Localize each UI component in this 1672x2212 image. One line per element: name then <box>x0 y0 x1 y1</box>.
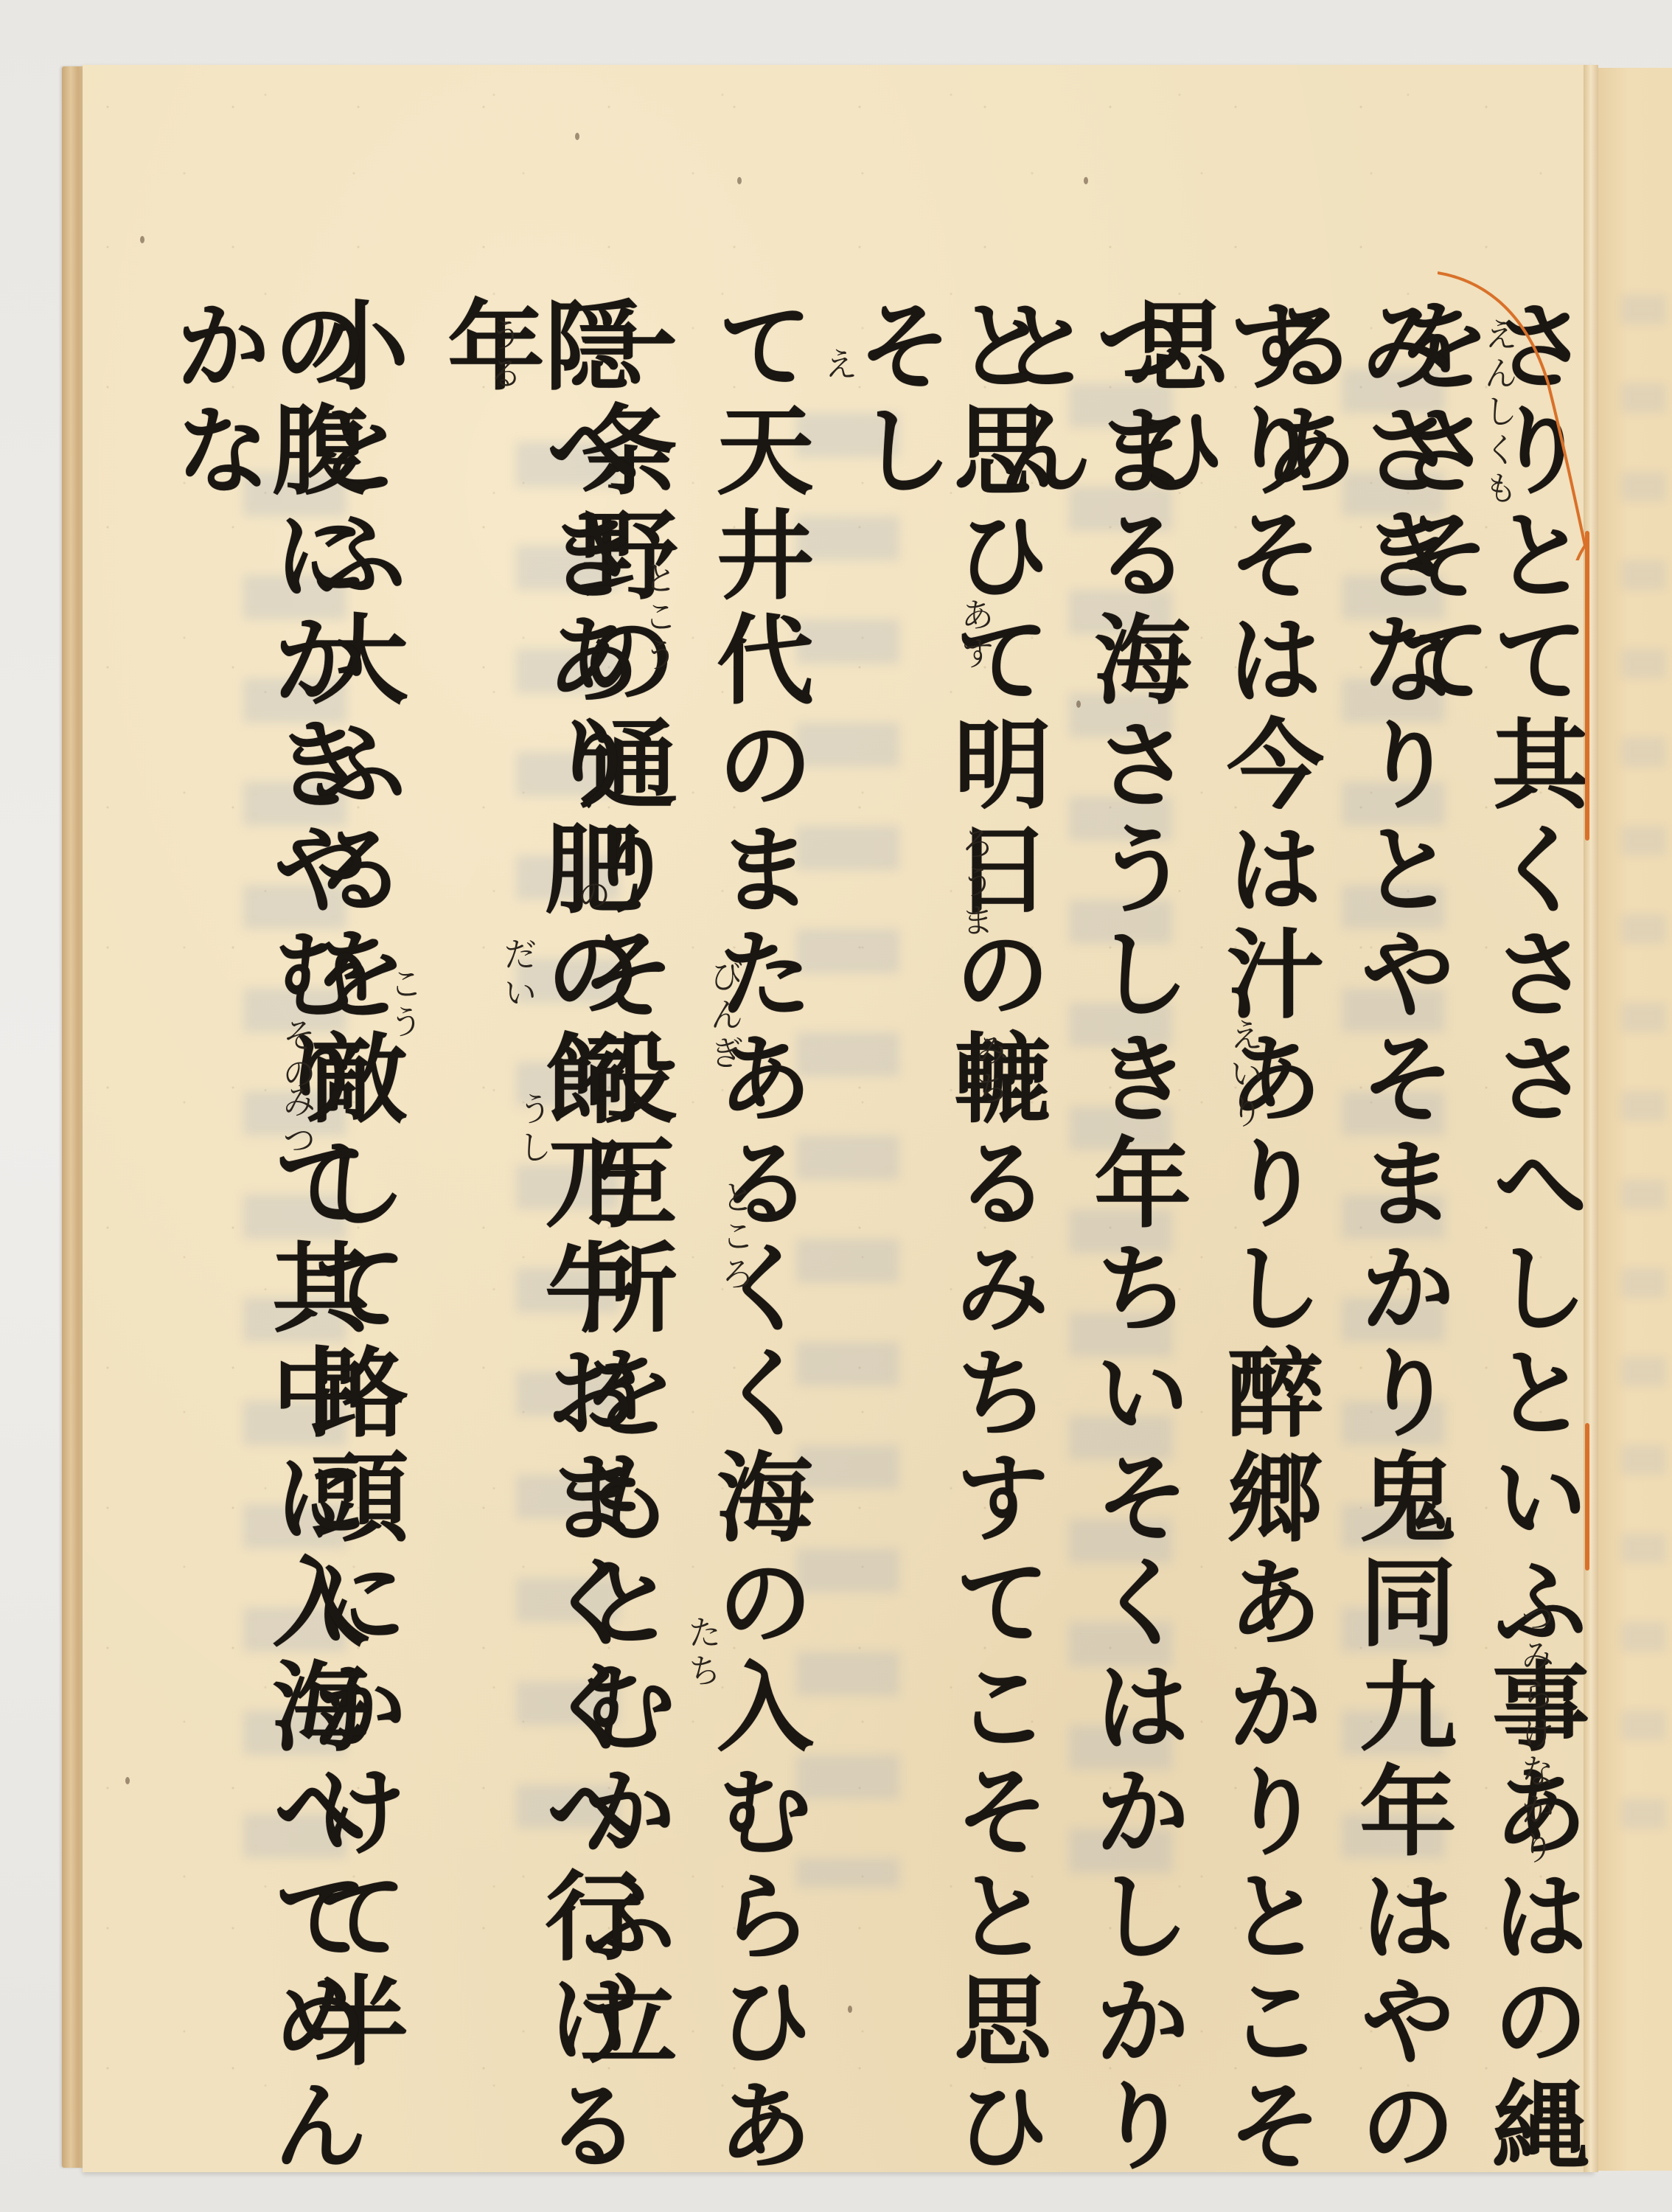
furigana: とこう <box>641 560 675 675</box>
furigana: みつ <box>280 1084 314 1161</box>
furigana: だい <box>501 936 535 1013</box>
facing-page-bleed-text <box>1622 295 1666 1843</box>
furigana: の <box>575 877 609 916</box>
furigana: びんぎ <box>708 959 742 1074</box>
text-column-5: と思ひて明日の轆るみちすてこそと思ひそし <box>848 295 1042 2212</box>
furigana: こう <box>387 966 421 1043</box>
binding-thread-loose <box>1438 251 1600 560</box>
furigana: ところ <box>719 1180 753 1295</box>
text-column-8: 隠へきあり肥の飼乃牛おまくくへ行ける年 <box>439 295 633 2212</box>
binding-thread <box>1585 531 1589 841</box>
furigana: うし <box>516 1091 550 1168</box>
furigana: うる <box>487 317 520 394</box>
furigana: たち <box>686 1615 720 1691</box>
furigana: え <box>822 347 856 385</box>
furigana: えいり <box>1227 1018 1261 1133</box>
furigana: つみらけなかり <box>1519 1600 1553 1868</box>
text-column-10: の腹にかきやむりて其中に入海へてめんかな <box>166 295 360 2212</box>
furigana: みち <box>973 1032 1007 1109</box>
furigana: ろうま <box>958 826 992 941</box>
furigana: あす <box>958 597 992 674</box>
binding-thread <box>1585 1423 1589 1571</box>
furigana: その <box>280 1018 314 1094</box>
